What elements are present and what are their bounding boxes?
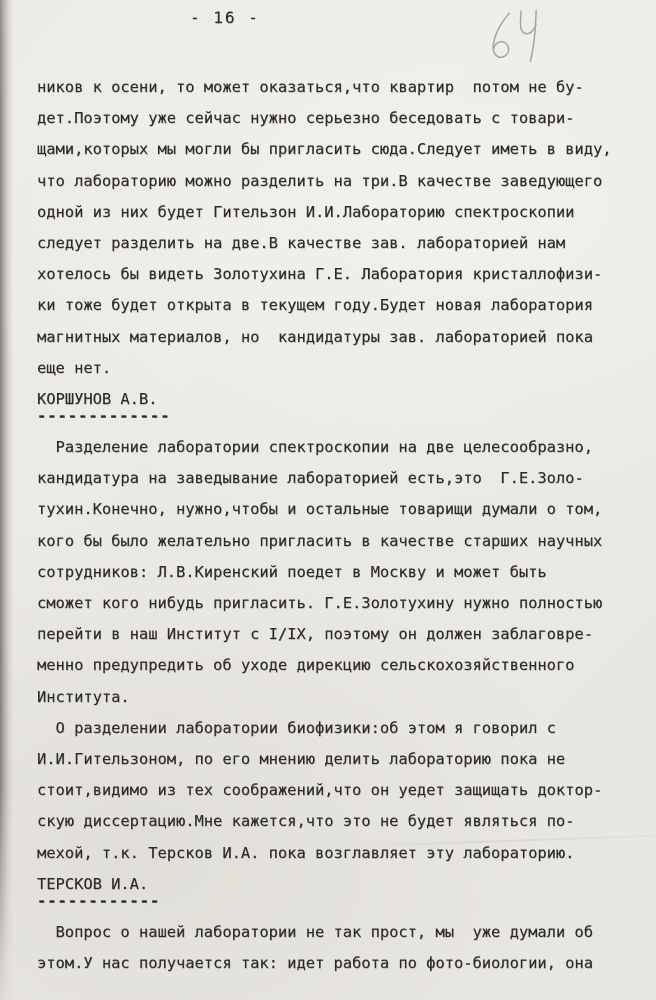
speaker-heading-korshunov: КОРШУНОВ А.В. ------------- — [37, 388, 627, 422]
text-line: Института. — [37, 682, 627, 713]
text-line: Вопрос о нашей лаборатории не так прост,… — [37, 917, 627, 948]
text-line: кого бы было желательно пригласить в кач… — [37, 526, 627, 557]
text-line: стоит,видимо из тех соображений,что он у… — [37, 775, 627, 806]
paragraph-korshunov-2: О разделении лаборатории биофизики:об эт… — [37, 713, 627, 869]
text-line: хотелось бы видеть Золотухина Г.Е. Лабор… — [37, 259, 627, 290]
text-line: ников к осени, то может оказаться,что кв… — [37, 72, 627, 103]
text-line: что лабораторию можно разделить на три.В… — [37, 166, 627, 197]
text-line: сможет кого нибудь пригласить. Г.Е.Золот… — [37, 588, 627, 619]
text-line: О разделении лаборатории биофизики:об эт… — [37, 713, 627, 744]
text-line: перейти в наш Институт с I/IX, поэтому о… — [37, 619, 627, 650]
text-line: следует разделить на две.В качестве зав.… — [37, 228, 627, 259]
paragraph-continuation: ников к осени, то может оказаться,что кв… — [37, 72, 627, 384]
text-line: И.И.Гительзоном, по его мнению делить ла… — [37, 744, 627, 775]
text-line: одной из них будет Гительзон И.И.Лаборат… — [37, 197, 627, 228]
scan-edge-shadow — [0, 0, 13, 1000]
document-text-body: ников к осени, то может оказаться,что кв… — [37, 72, 627, 979]
text-line: еще нет. — [37, 353, 627, 384]
scanned-document-page: - 16 - ников к осени, то может оказаться… — [0, 0, 656, 1000]
page-number: - 16 - — [190, 8, 260, 27]
text-line: кандидатура на заведывание лабораторией … — [37, 463, 627, 494]
text-line: этом.У нас получается так: идет работа п… — [37, 948, 627, 979]
text-line: дет.Поэтому уже сейчас нужно серьезно бе… — [37, 103, 627, 134]
text-line: сотрудников: Л.В.Киренский поедет в Моск… — [37, 557, 627, 588]
text-line: тухин.Конечно, нужно,чтобы и остальные т… — [37, 494, 627, 525]
paragraph-korshunov-1: Разделение лаборатории спектроскопии на … — [37, 432, 627, 713]
speaker-underline: ------------ — [37, 895, 627, 907]
speaker-heading-terskov: ТЕРСКОВ И.А. ------------ — [37, 873, 627, 907]
speaker-underline: ------------- — [37, 410, 627, 422]
text-line: магнитных материалов, но кандидатуры зав… — [37, 322, 627, 353]
text-line: мехой, т.к. Терсков И.А. пока возглавляе… — [37, 838, 627, 869]
text-line: Разделение лаборатории спектроскопии на … — [37, 432, 627, 463]
text-line: скую диссертацию.Мне кажется,что это не … — [37, 806, 627, 837]
text-line: щами,которых мы могли бы пригласить сюда… — [37, 134, 627, 165]
handwritten-pencil-mark-64 — [475, 4, 553, 73]
text-line: ки тоже будет открыта в текущем году.Буд… — [37, 290, 627, 321]
text-line: менно предупредить об уходе дирекцию сел… — [37, 650, 627, 681]
paragraph-terskov: Вопрос о нашей лаборатории не так прост,… — [37, 917, 627, 979]
